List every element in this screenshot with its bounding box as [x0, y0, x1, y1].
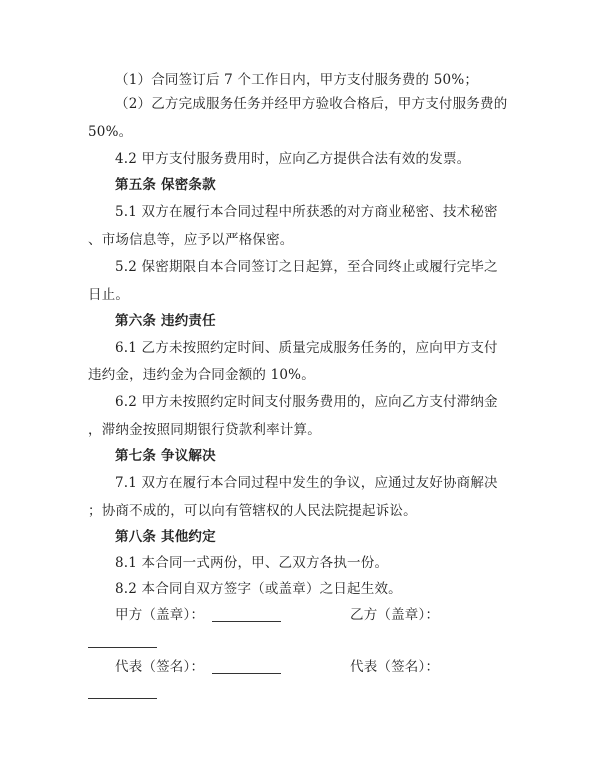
clause-5-2-cont: 日止。	[88, 286, 129, 304]
clause-7-1: 7.1 双方在履行本合同过程中发生的争议，应通过友好协商解决	[115, 474, 498, 492]
clause-5-1-cont: 、市场信息等，应予以严格保密。	[88, 231, 294, 249]
article-7-heading: 第七条 争议解决	[115, 447, 216, 465]
clause-7-1-cont: ；协商不成的，可以向有管辖权的人民法院提起诉讼。	[88, 502, 417, 520]
clause-6-1-cont: 违约金，违约金为合同金额的 10%。	[88, 366, 315, 384]
party-b-rep-blank[interactable]	[88, 698, 157, 699]
payment-term-1: （1）合同签订后 7 个工作日内，甲方支付服务费的 50%；	[115, 71, 478, 89]
clause-6-2-cont: ，滞纳金按照同期银行贷款利率计算。	[88, 421, 321, 439]
party-a-rep-label: 代表（签名）：	[115, 658, 204, 676]
article-8-heading: 第八条 其他约定	[115, 528, 216, 546]
party-b-rep-label: 代表（签名）：	[350, 658, 439, 676]
clause-6-1: 6.1 乙方未按照约定时间、质量完成服务任务的，应向甲方支付	[115, 339, 498, 357]
clause-4-2: 4.2 甲方支付服务费用时，应向乙方提供合法有效的发票。	[115, 150, 470, 168]
party-a-rep-blank[interactable]	[212, 673, 281, 674]
party-a-seal-blank[interactable]	[212, 621, 281, 622]
article-6-heading: 第六条 违约责任	[115, 312, 216, 330]
clause-6-2: 6.2 甲方未按照约定时间支付服务费用的，应向乙方支付滞纳金	[115, 393, 498, 411]
party-b-seal-blank[interactable]	[88, 647, 157, 648]
clause-8-2: 8.2 本合同自双方签字（或盖章）之日起生效。	[115, 580, 402, 598]
payment-term-2: （2）乙方完成服务任务并经甲方验收合格后，甲方支付服务费的	[115, 95, 507, 113]
party-a-seal-label: 甲方（盖章）：	[115, 606, 204, 624]
payment-term-2-cont: 50%。	[88, 123, 132, 141]
document-page: （1）合同签订后 7 个工作日内，甲方支付服务费的 50%； （2）乙方完成服务…	[0, 0, 600, 776]
clause-5-2: 5.2 保密期限自本合同签订之日起算，至合同终止或履行完毕之	[115, 258, 498, 276]
clause-5-1: 5.1 双方在履行本合同过程中所获悉的对方商业秘密、技术秘密	[115, 203, 498, 221]
clause-8-1: 8.1 本合同一式两份，甲、乙双方各执一份。	[115, 554, 388, 572]
party-b-seal-label: 乙方（盖章）：	[350, 606, 439, 624]
article-5-heading: 第五条 保密条款	[115, 176, 216, 194]
